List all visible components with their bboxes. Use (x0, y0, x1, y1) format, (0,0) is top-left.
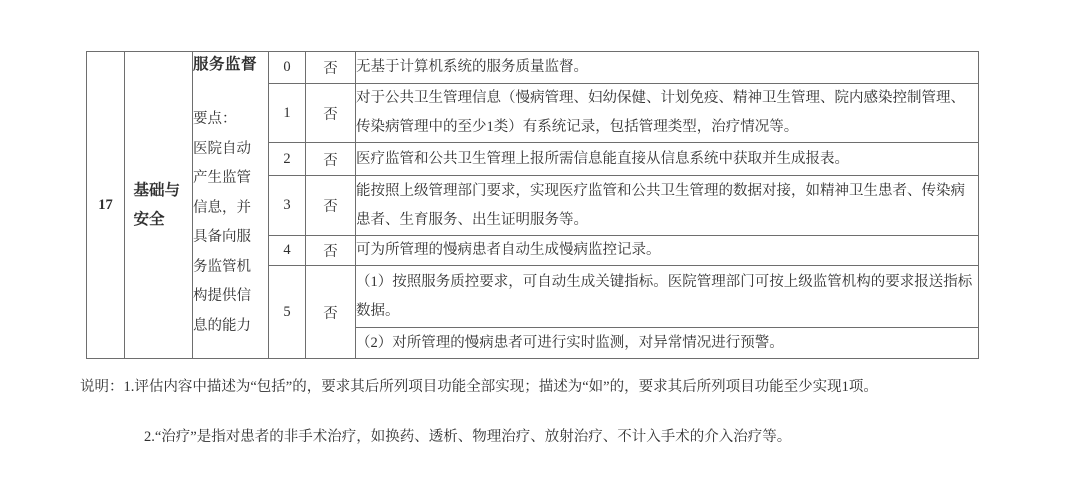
score-cell: 5 (269, 266, 306, 359)
category-cell: 基础与安全 (125, 52, 193, 359)
score-cell: 2 (269, 143, 306, 176)
pass-cell: 否 (306, 143, 356, 176)
row-number-cell: 17 (87, 52, 125, 359)
pass-cell: 否 (306, 266, 356, 359)
points-label: 要点： (193, 105, 253, 135)
score-cell: 3 (269, 176, 306, 236)
item-cell: 服务监督 要点： 医院自动产生监管信息，并具备向服务监管机构提供信息的能力 (193, 52, 269, 359)
points-text: 医院自动产生监管信息，并具备向服务监管机构提供信息的能力 (193, 135, 253, 342)
note-line: 说明：1.评估内容中描述为“包括”的，要求其后所列项目功能全部实现；描述为“如”… (80, 377, 1055, 397)
item-title: 服务监督 (193, 52, 268, 74)
description-cell: （1）按照服务质控要求，可自动生成关键指标。医院管理部门可按上级监管机构的要求报… (356, 266, 979, 328)
description-cell: 对于公共卫生管理信息（慢病管理、妇幼保健、计划免疫、精神卫生管理、院内感染控制管… (356, 84, 979, 143)
table-row: 17 基础与安全 服务监督 要点： 医院自动产生监管信息，并具备向服务监管机构提… (87, 52, 979, 84)
pass-cell: 否 (306, 236, 356, 266)
category-label: 基础与安全 (134, 176, 184, 234)
notes-section: 说明：1.评估内容中描述为“包括”的，要求其后所列项目功能全部实现；描述为“如”… (80, 377, 1055, 447)
score-cell: 0 (269, 52, 306, 84)
scanned-document-page: 17 基础与安全 服务监督 要点： 医院自动产生监管信息，并具备向服务监管机构提… (0, 0, 1080, 497)
pass-cell: 否 (306, 52, 356, 84)
item-points: 要点： 医院自动产生监管信息，并具备向服务监管机构提供信息的能力 (193, 105, 253, 341)
score-cell: 4 (269, 236, 306, 266)
note-line: 2.“治疗”是指对患者的非手术治疗，如换药、透析、物理治疗、放射治疗、不计入手术… (144, 427, 1055, 447)
evaluation-table: 17 基础与安全 服务监督 要点： 医院自动产生监管信息，并具备向服务监管机构提… (86, 51, 979, 359)
score-cell: 1 (269, 84, 306, 143)
description-cell: （2）对所管理的慢病患者可进行实时监测，对异常情况进行预警。 (356, 328, 979, 359)
pass-cell: 否 (306, 176, 356, 236)
description-cell: 医疗监管和公共卫生管理上报所需信息能直接从信息系统中获取并生成报表。 (356, 143, 979, 176)
description-cell: 可为所管理的慢病患者自动生成慢病监控记录。 (356, 236, 979, 266)
description-cell: 无基于计算机系统的服务质量监督。 (356, 52, 979, 84)
pass-cell: 否 (306, 84, 356, 143)
description-cell: 能按照上级管理部门要求，实现医疗监管和公共卫生管理的数据对接，如精神卫生患者、传… (356, 176, 979, 236)
